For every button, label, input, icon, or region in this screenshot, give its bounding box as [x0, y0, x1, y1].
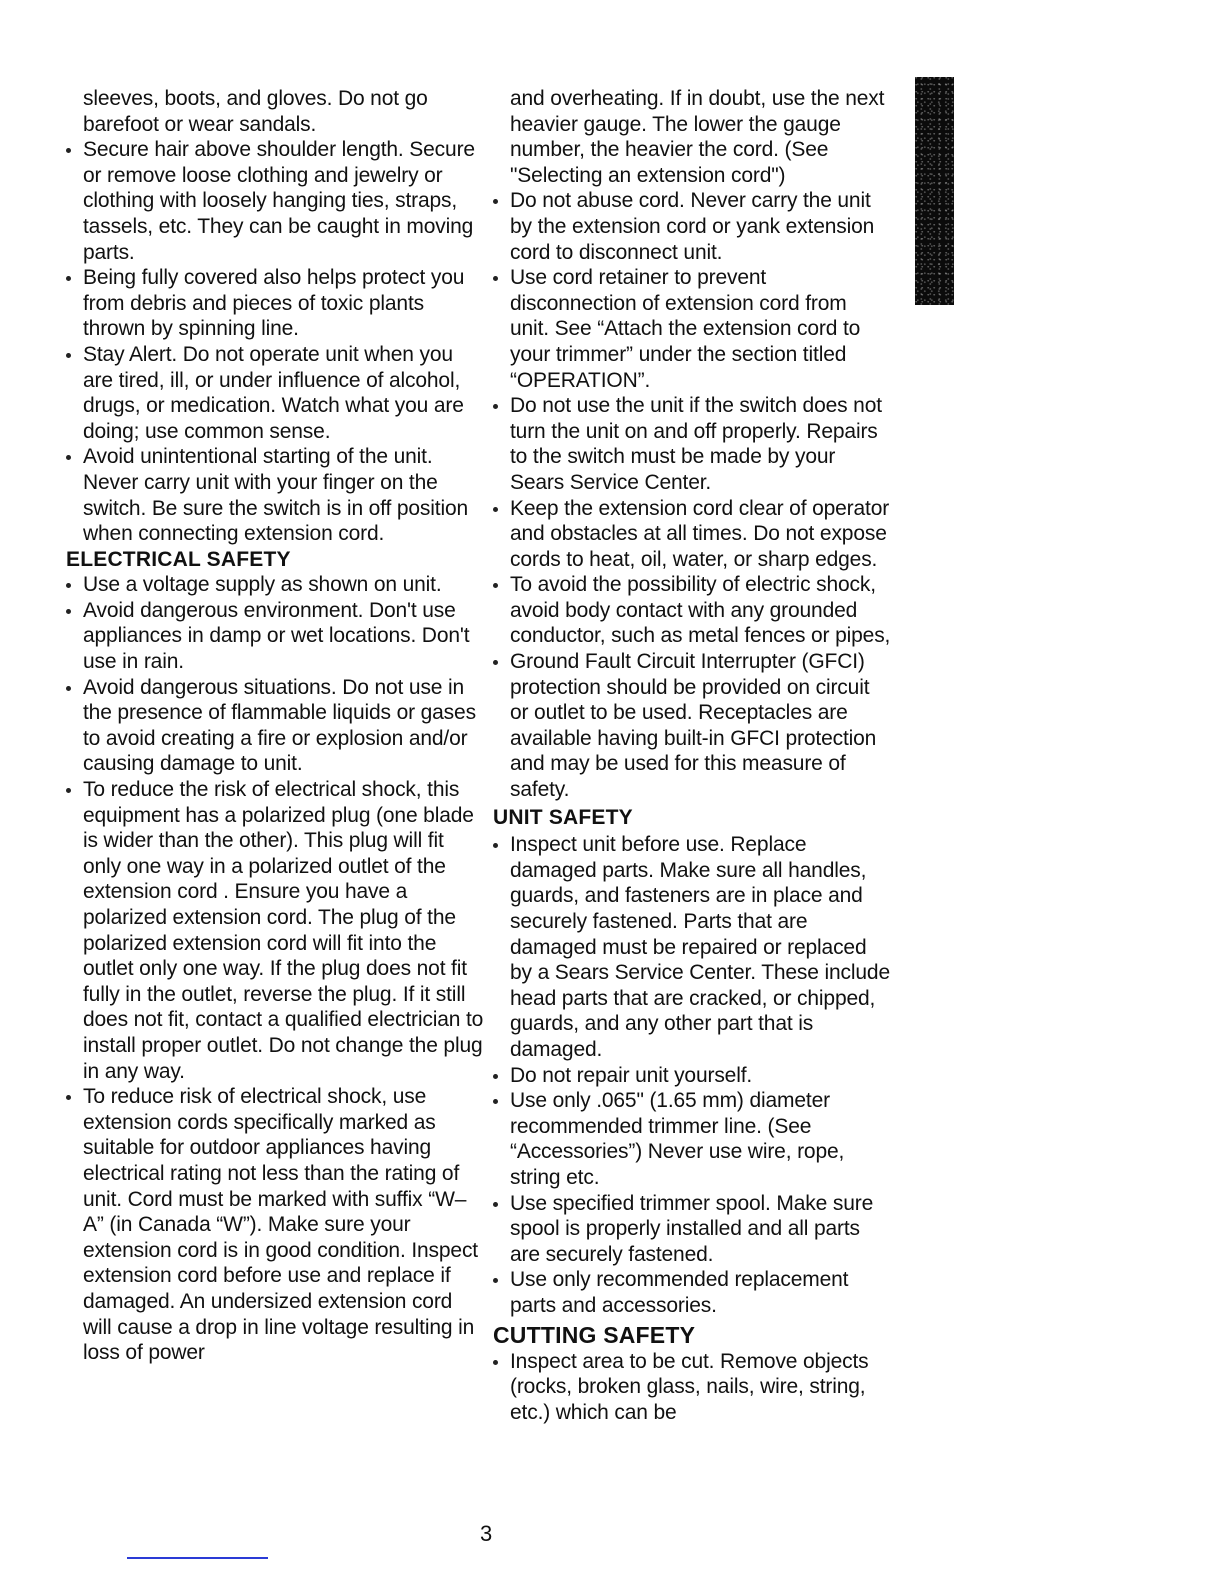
unit-safety-heading: UNIT SAFETY [493, 805, 891, 831]
list-item: Do not abuse cord. Never carry the unit … [491, 188, 891, 265]
left-column: sleeves, boots, and gloves. Do not go ba… [64, 86, 484, 1366]
cutting-safety-heading: CUTTING SAFETY [493, 1321, 891, 1349]
list-item: Use only .065" (1.65 mm) diameter recomm… [491, 1088, 891, 1190]
bottom-rule-line [127, 1557, 268, 1559]
list-item: To reduce risk of electrical shock, use … [64, 1084, 484, 1366]
list-item: To reduce the risk of electrical shock, … [64, 777, 484, 1084]
list-item: Being fully covered also helps protect y… [64, 265, 484, 342]
list-item: Avoid unintentional starting of the unit… [64, 444, 484, 546]
manual-page: sleeves, boots, and gloves. Do not go ba… [0, 0, 1224, 1584]
list-item: Secure hair above shoulder length. Secur… [64, 137, 484, 265]
list-item: Use only recommended replacement parts a… [491, 1267, 891, 1318]
list-item: Do not use the unit if the switch does n… [491, 393, 891, 495]
intro-text: sleeves, boots, and gloves. Do not go ba… [64, 86, 484, 137]
list-item: Keep the extension cord clear of operato… [491, 496, 891, 573]
section-tab-marker [915, 77, 954, 305]
list-item: Use specified trimmer spool. Make sure s… [491, 1191, 891, 1268]
list-item: Ground Fault Circuit Interrupter (GFCI) … [491, 649, 891, 803]
right-column: and overheating. If in doubt, use the ne… [491, 86, 891, 1425]
continuation-text: and overheating. If in doubt, use the ne… [491, 86, 891, 188]
list-item: Inspect unit before use. Replace damaged… [491, 832, 891, 1062]
list-item: Avoid dangerous environment. Don't use a… [64, 598, 484, 675]
list-item: Avoid dangerous situations. Do not use i… [64, 675, 484, 777]
list-item: Do not repair unit yourself. [491, 1063, 891, 1089]
page-number: 3 [480, 1521, 492, 1547]
list-item: To avoid the possibility of electric sho… [491, 572, 891, 649]
list-item: Use cord retainer to prevent disconnecti… [491, 265, 891, 393]
electrical-safety-heading: ELECTRICAL SAFETY [66, 547, 484, 573]
list-item: Use a voltage supply as shown on unit. [64, 572, 484, 598]
list-item: Stay Alert. Do not operate unit when you… [64, 342, 484, 444]
list-item: Inspect area to be cut. Remove objects (… [491, 1349, 891, 1426]
